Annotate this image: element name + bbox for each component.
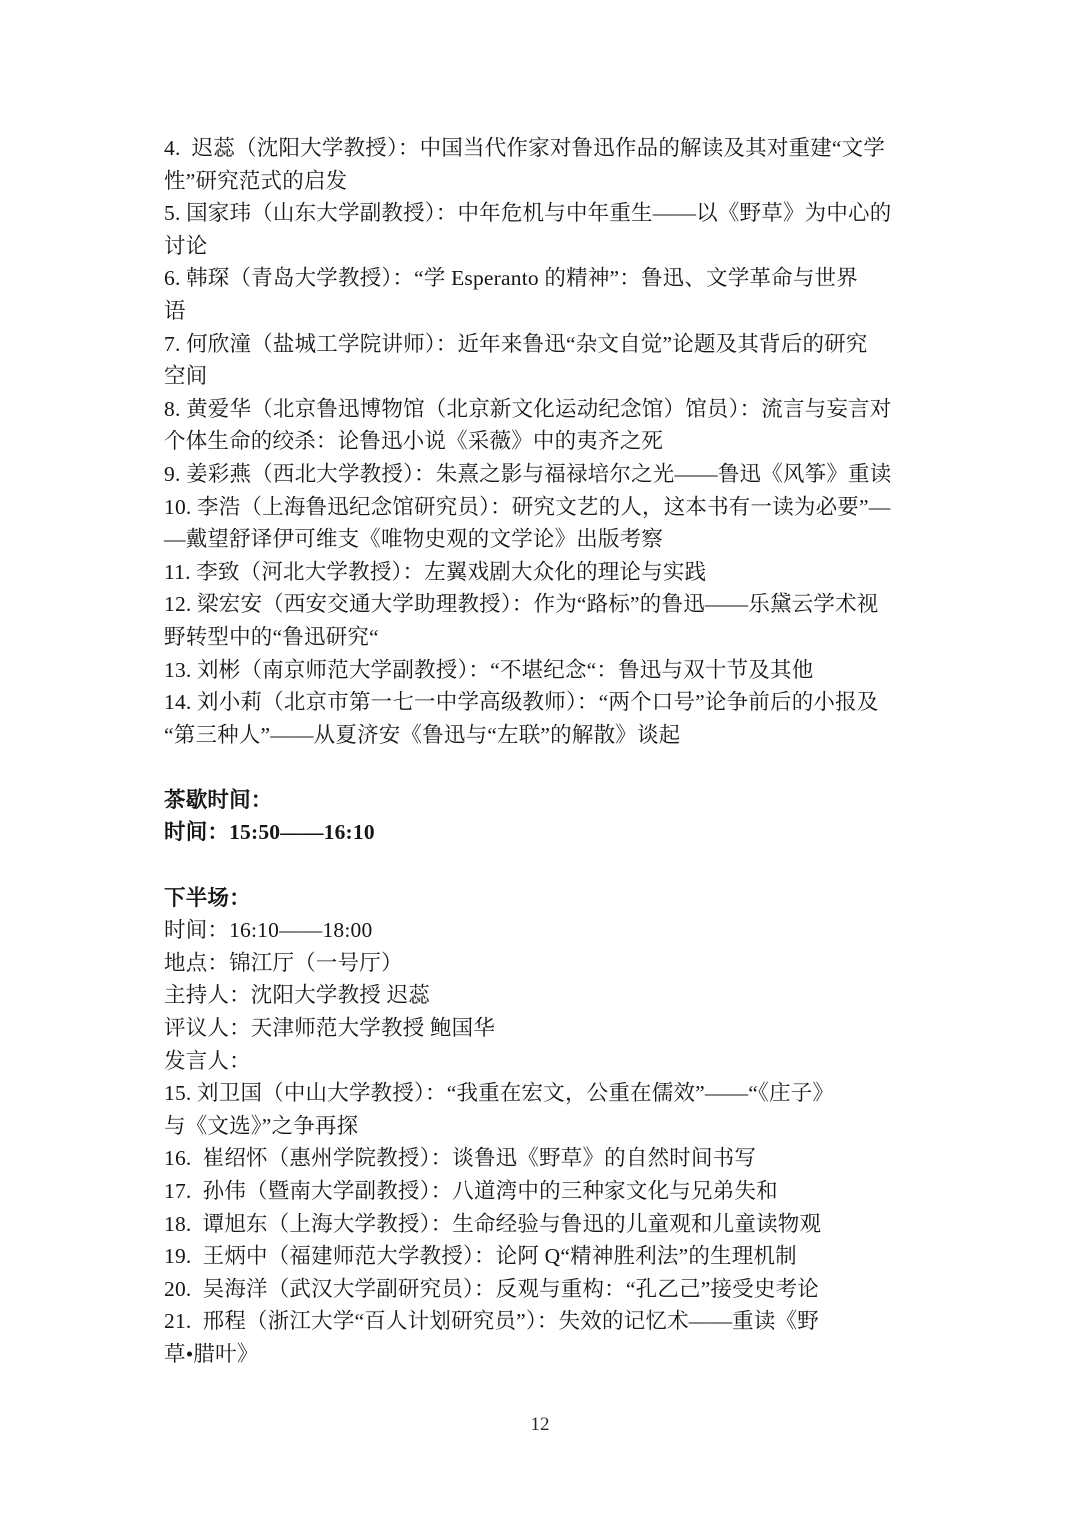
session-location: 地点：锦江厅（一号厅） [164, 947, 944, 980]
speakers-label: 发言人： [164, 1045, 944, 1078]
document-line: 野转型中的“鲁迅研究“ [164, 621, 944, 654]
document-line: —戴望舒译伊可维支《唯物史观的文学论》出版考察 [164, 523, 944, 556]
page-number: 12 [0, 1414, 1080, 1436]
document-line: 19. 王炳中（福建师范大学教授）：论阿 Q“精神胜利法”的生理机制 [164, 1240, 944, 1273]
document-line: 6. 韩琛（青岛大学教授）：“学 Esperanto 的精神”：鲁迅、文学革命与… [164, 262, 944, 295]
blank-line [164, 849, 944, 882]
document-line: 9. 姜彩燕（西北大学教授）：朱熹之影与福禄培尔之光——鲁迅《风筝》重读 [164, 458, 944, 491]
tea-break-heading: 茶歇时间： [164, 784, 944, 817]
document-line: 16. 崔绍怀（惠州学院教授）：谈鲁迅《野草》的自然时间书写 [164, 1142, 944, 1175]
document-line: 20. 吴海洋（武汉大学副研究员）：反观与重构：“孔乙己”接受史考论 [164, 1273, 944, 1306]
session-discussant: 评议人：天津师范大学教授 鲍国华 [164, 1012, 944, 1045]
session-host: 主持人：沈阳大学教授 迟蕊 [164, 979, 944, 1012]
document-line: 性”研究范式的启发 [164, 165, 944, 198]
document-line: 草•腊叶》 [164, 1338, 944, 1371]
document-line: 7. 何欣潼（盐城工学院讲师）：近年来鲁迅“杂文自觉”论题及其背后的研究 [164, 328, 944, 361]
document-line: 13. 刘彬（南京师范大学副教授）：“不堪纪念“：鲁迅与双十节及其他 [164, 654, 944, 687]
document-line: 个体生命的绞杀：论鲁迅小说《采薇》中的夷齐之死 [164, 425, 944, 458]
session-time: 时间：16:10——18:00 [164, 914, 944, 947]
document-line: 与《文选》”之争再探 [164, 1110, 944, 1143]
document-line: 10. 李浩（上海鲁迅纪念馆研究员）：研究文艺的人，这本书有一读为必要”— [164, 491, 944, 524]
document-line: 语 [164, 295, 944, 328]
document-line: 11. 李致（河北大学教授）：左翼戏剧大众化的理论与实践 [164, 556, 944, 589]
document-line: 18. 谭旭东（上海大学教授）：生命经验与鲁迅的儿童观和儿童读物观 [164, 1208, 944, 1241]
document-line: 8. 黄爱华（北京鲁迅博物馆（北京新文化运动纪念馆）馆员）：流言与妄言对 [164, 393, 944, 426]
blank-line [164, 751, 944, 784]
document-line: 15. 刘卫国（中山大学教授）：“我重在宏文，公重在儒效”——“《庄子》 [164, 1077, 944, 1110]
document-line: 12. 梁宏安（西安交通大学助理教授）：作为“路标”的鲁迅——乐黛云学术视 [164, 588, 944, 621]
document-body: 4. 迟蕊（沈阳大学教授）：中国当代作家对鲁迅作品的解读及其对重建“文学 性”研… [164, 132, 944, 1371]
document-line: 讨论 [164, 230, 944, 263]
document-line: 21. 邢程（浙江大学“百人计划研究员”）：失效的记忆术——重读《野 [164, 1305, 944, 1338]
document-line: 14. 刘小莉（北京市第一七一中学高级教师）：“两个口号”论争前后的小报及 [164, 686, 944, 719]
document-page: 4. 迟蕊（沈阳大学教授）：中国当代作家对鲁迅作品的解读及其对重建“文学 性”研… [0, 0, 1080, 1529]
tea-break-time: 时间：15:50——16:10 [164, 816, 944, 849]
document-line: 5. 国家玮（山东大学副教授）：中年危机与中年重生——以《野草》为中心的 [164, 197, 944, 230]
document-line: “第三种人”——从夏济安《鲁迅与“左联”的解散》谈起 [164, 719, 944, 752]
document-line: 17. 孙伟（暨南大学副教授）：八道湾中的三种家文化与兄弟失和 [164, 1175, 944, 1208]
second-half-heading: 下半场： [164, 882, 944, 915]
document-line: 空间 [164, 360, 944, 393]
document-line: 4. 迟蕊（沈阳大学教授）：中国当代作家对鲁迅作品的解读及其对重建“文学 [164, 132, 944, 165]
